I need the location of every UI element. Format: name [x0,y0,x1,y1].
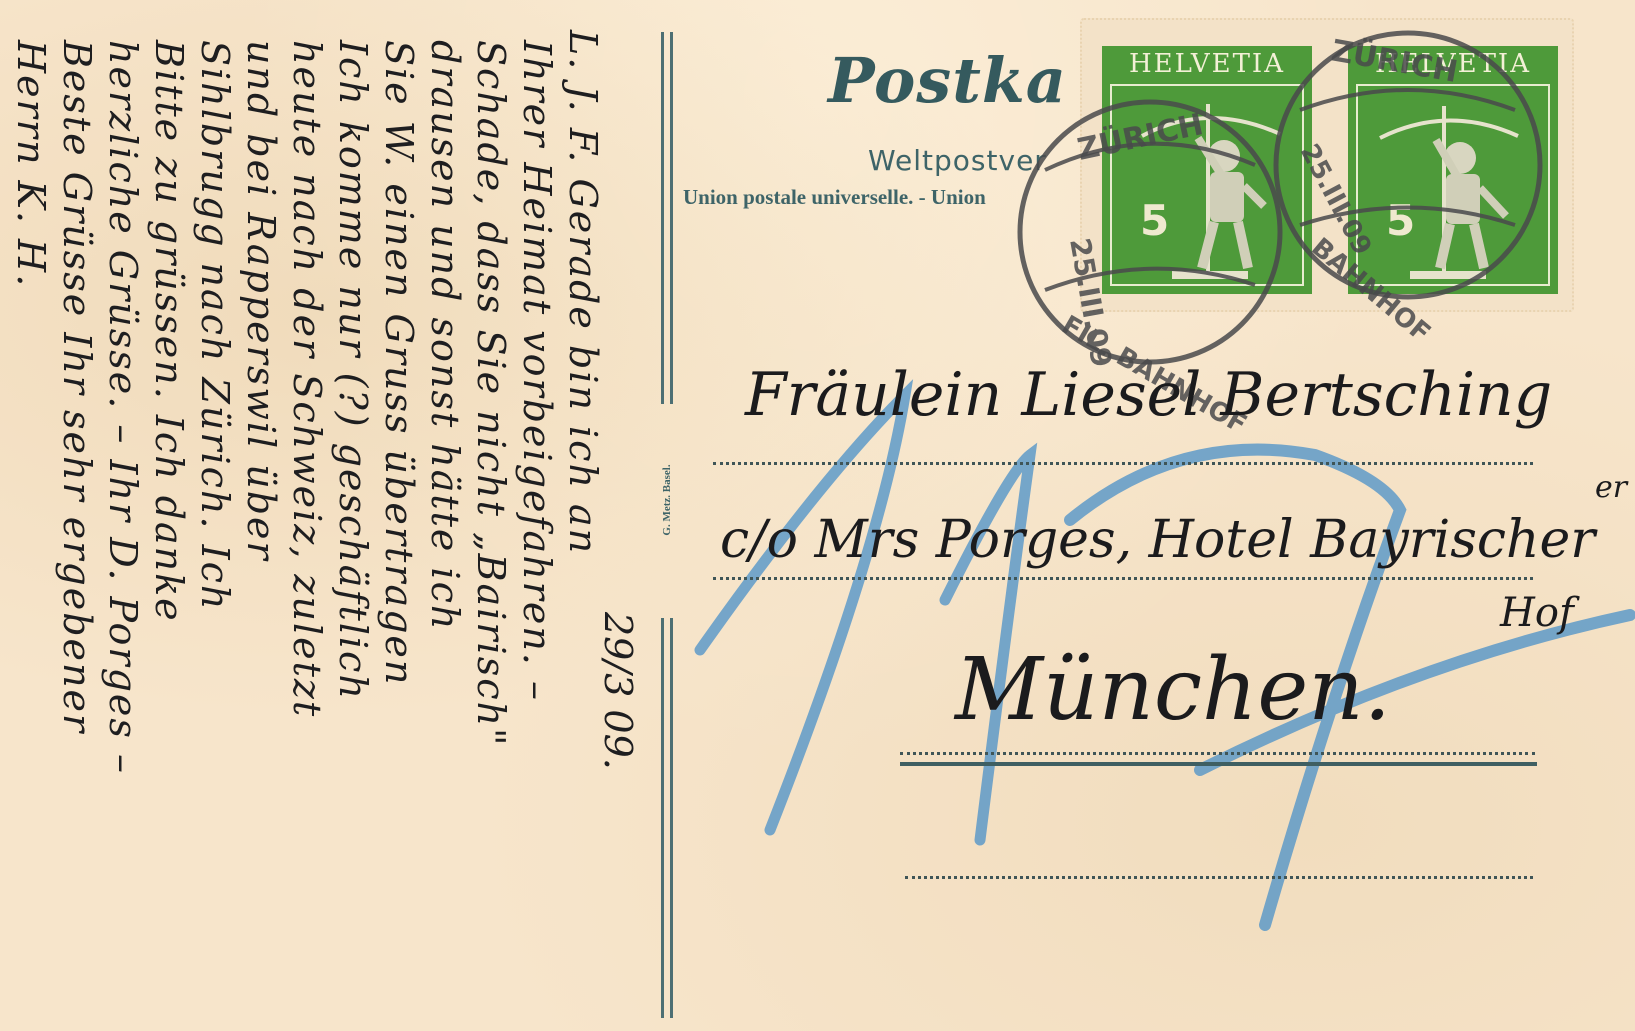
message-line: Ihrer Heimat vorbeigefahren. – [515,40,559,702]
crossbow-boy-icon [1348,46,1558,294]
recipient-name: Fräulein Liesel Bertsching [745,360,1552,430]
recipient-care-of: c/o Mrs Porges, Hotel Bayrischer [720,510,1595,570]
message-date: 29/3 09. [596,612,640,770]
postcard-title: Postka [828,44,1067,117]
message-line: Sie W. einen Gruss übertragen [377,40,421,686]
stamp-left: HELVETIA 5 [1102,46,1312,294]
address-line-1 [713,462,1533,465]
crossbow-boy-icon [1102,46,1312,294]
stamp-right: HELVETIA 5 [1348,46,1558,294]
stamp-value: 5 [1386,196,1415,245]
recipient-city: München. [955,640,1391,740]
message-line: und bei Rapperswil über [239,40,283,562]
message-line: heute nach der Schweiz, zuletzt [285,40,329,718]
printer-imprint: G. Metz. Basel. [661,464,673,535]
recipient-name-suffix: er [1595,470,1627,505]
address-line-4 [905,876,1533,879]
divider-line-right-upper [670,32,673,404]
message-line: drausen und sonst hätte ich [423,40,467,631]
address-line-3 [900,752,1535,755]
divider-line-right-lower [670,618,673,1018]
recipient-care-of-suffix: Hof [1500,590,1574,636]
message-line: L. J. F. Gerade bin ich an [561,30,605,555]
message-line: Schade, dass Sie nicht „Bairisch" [469,40,513,747]
postcard-back: L. J. F. Gerade bin ich anIhrer Heimat v… [0,0,1635,1031]
message-line: herzliche Grüsse. – Ihr D. Porges – [101,40,145,775]
stamp-value: 5 [1140,196,1169,245]
message-line: Sihlbrugg nach Zürich. Ich [193,40,237,611]
message-line: Ich komme nur (?) geschäftlich [331,40,375,701]
message-line: Beste Grüsse Ihr sehr ergebener [55,40,99,734]
address-line-2 [713,577,1533,580]
postcard-subtitle: Weltpostver [868,144,1047,177]
message-line: Herrn K. H. [9,40,53,288]
divider-line-left-lower [661,618,664,1018]
address-underline [900,762,1537,766]
handwritten-message: L. J. F. Gerade bin ich anIhrer Heimat v… [0,0,650,1031]
message-line: Bitte zu grüssen. Ich danke [147,40,191,623]
upu-line: Union postale universelle. - Union [683,185,986,210]
divider-line-left-upper [661,32,664,404]
